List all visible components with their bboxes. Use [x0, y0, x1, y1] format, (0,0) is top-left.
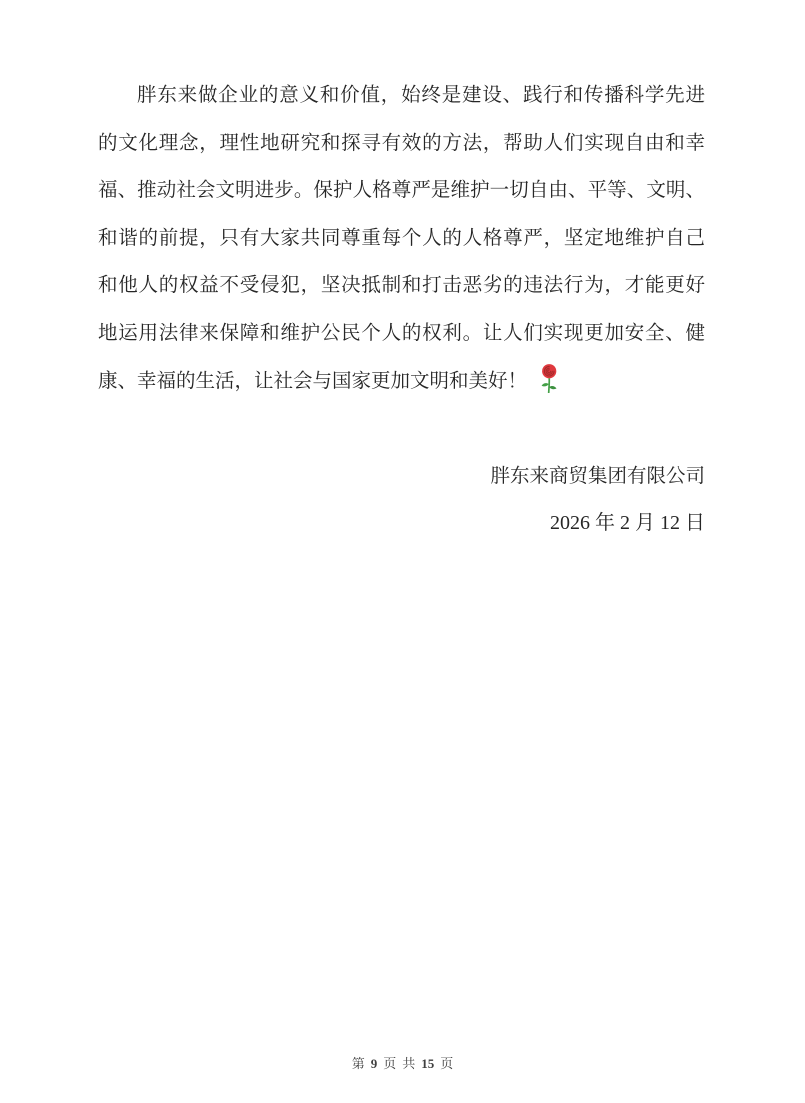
paragraph-line: 康、幸福的生活，让社会与国家更加文明和美好！ [98, 358, 705, 406]
paragraph-line-text: 康、幸福的生活，让社会与国家更加文明和美好！ [98, 370, 527, 392]
document-page: 胖东来做企业的意义和价值，始终是建设、践行和传播科学先进 的文化理念，理性地研究… [0, 0, 805, 1103]
blank-line [98, 405, 705, 453]
footer-prefix: 第 [352, 1056, 365, 1071]
footer-of-word: 共 [402, 1056, 415, 1071]
paragraph-line: 的文化理念，理性地研究和探寻有效的方法，帮助人们实现自由和幸 [98, 120, 705, 168]
rose-icon [539, 363, 560, 394]
footer-suffix: 页 [440, 1056, 453, 1071]
page-number-footer: 第9页共15页 [0, 1050, 805, 1078]
signature-date: 2026 年 2 月 12 日 [98, 500, 705, 548]
footer-current-page: 9 [371, 1056, 378, 1071]
footer-page-word: 页 [383, 1056, 396, 1071]
paragraph-line: 和谐的前提，只有大家共同尊重每个人的人格尊严，坚定地维护自己 [98, 215, 705, 263]
document-content: 胖东来做企业的意义和价值，始终是建设、践行和传播科学先进 的文化理念，理性地研究… [98, 72, 705, 548]
paragraph-line: 地运用法律来保障和维护公民个人的权利。让人们实现更加安全、健 [98, 310, 705, 358]
paragraph-line: 福、推动社会文明进步。保护人格尊严是维护一切自由、平等、文明、 [98, 167, 705, 215]
paragraph-line: 胖东来做企业的意义和价值，始终是建设、践行和传播科学先进 [98, 72, 705, 120]
signature-company-name: 胖东来商贸集团有限公司 [98, 453, 705, 501]
paragraph-line: 和他人的权益不受侵犯，坚决抵制和打击恶劣的违法行为，才能更好 [98, 262, 705, 310]
footer-total-pages: 15 [421, 1056, 434, 1071]
